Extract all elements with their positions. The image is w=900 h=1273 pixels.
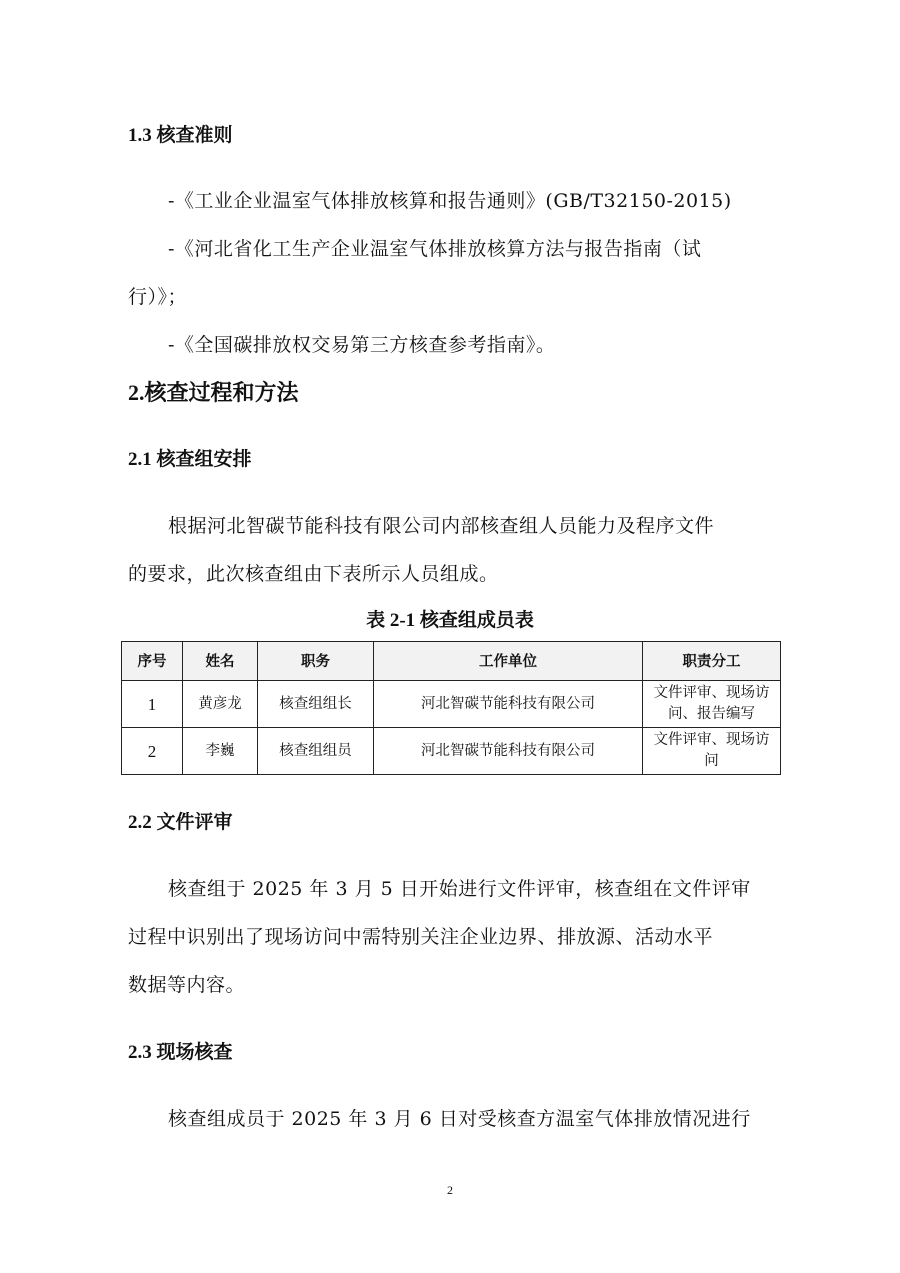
cell-organization: 河北智碳节能科技有限公司 — [374, 681, 643, 728]
criteria-item-3: -《全国碳排放权交易第三方核查参考指南》。 — [168, 330, 555, 357]
header-cell-responsibility: 职责分工 — [643, 642, 781, 681]
cell-organization: 河北智碳节能科技有限公司 — [374, 728, 643, 775]
table-caption: 表 2-1 核查组成员表 — [0, 605, 900, 632]
heading-2: 2.核查过程和方法 — [128, 376, 299, 407]
cell-position: 核查组组长 — [258, 681, 374, 728]
cell-responsibility: 文件评审、现场访问、报告编写 — [643, 681, 781, 728]
header-cell-index: 序号 — [122, 642, 183, 681]
heading-2-1: 2.1 核查组安排 — [128, 444, 252, 471]
cell-index: 2 — [122, 728, 183, 775]
paragraph-2-3-line-1: 核查组成员于 2025 年 3 月 6 日对受核查方温室气体排放情况进行 — [168, 1104, 751, 1131]
cell-responsibility: 文件评审、现场访问 — [643, 728, 781, 775]
cell-name: 李巍 — [183, 728, 258, 775]
cell-name: 黄彦龙 — [183, 681, 258, 728]
criteria-item-2: -《河北省化工生产企业温室气体排放核算方法与报告指南（试 — [168, 234, 701, 261]
heading-2-3: 2.3 现场核查 — [128, 1037, 233, 1064]
criteria-item-2-cont: 行）》； — [128, 282, 187, 309]
heading-1-3: 1.3 核查准则 — [128, 120, 233, 147]
cell-index: 1 — [122, 681, 183, 728]
paragraph-2-2-line-3: 数据等内容。 — [128, 970, 245, 997]
table-row: 1 黄彦龙 核查组组长 河北智碳节能科技有限公司 文件评审、现场访问、报告编写 — [122, 681, 781, 728]
paragraph-2-1-line-1: 根据河北智碳节能科技有限公司内部核查组人员能力及程序文件 — [168, 511, 714, 538]
header-cell-position: 职务 — [258, 642, 374, 681]
table-header-row: 序号 姓名 职务 工作单位 职责分工 — [122, 642, 781, 681]
header-cell-name: 姓名 — [183, 642, 258, 681]
paragraph-2-1-line-2: 的要求，此次核查组由下表所示人员组成。 — [128, 559, 499, 586]
members-table: 序号 姓名 职务 工作单位 职责分工 1 黄彦龙 核查组组长 河北智碳节能科技有… — [121, 641, 781, 775]
criteria-item-1: -《工业企业温室气体排放核算和报告通则》(GB/T32150-2015) — [168, 186, 732, 213]
cell-position: 核查组组员 — [258, 728, 374, 775]
paragraph-2-2-line-2: 过程中识别出了现场访问中需特别关注企业边界、排放源、活动水平 — [128, 922, 713, 949]
heading-2-2: 2.2 文件评审 — [128, 807, 233, 834]
paragraph-2-2-line-1: 核查组于 2025 年 3 月 5 日开始进行文件评审，核查组在文件评审 — [168, 874, 751, 901]
table-row: 2 李巍 核查组组员 河北智碳节能科技有限公司 文件评审、现场访问 — [122, 728, 781, 775]
header-cell-organization: 工作单位 — [374, 642, 643, 681]
page-number: 2 — [0, 1183, 900, 1198]
